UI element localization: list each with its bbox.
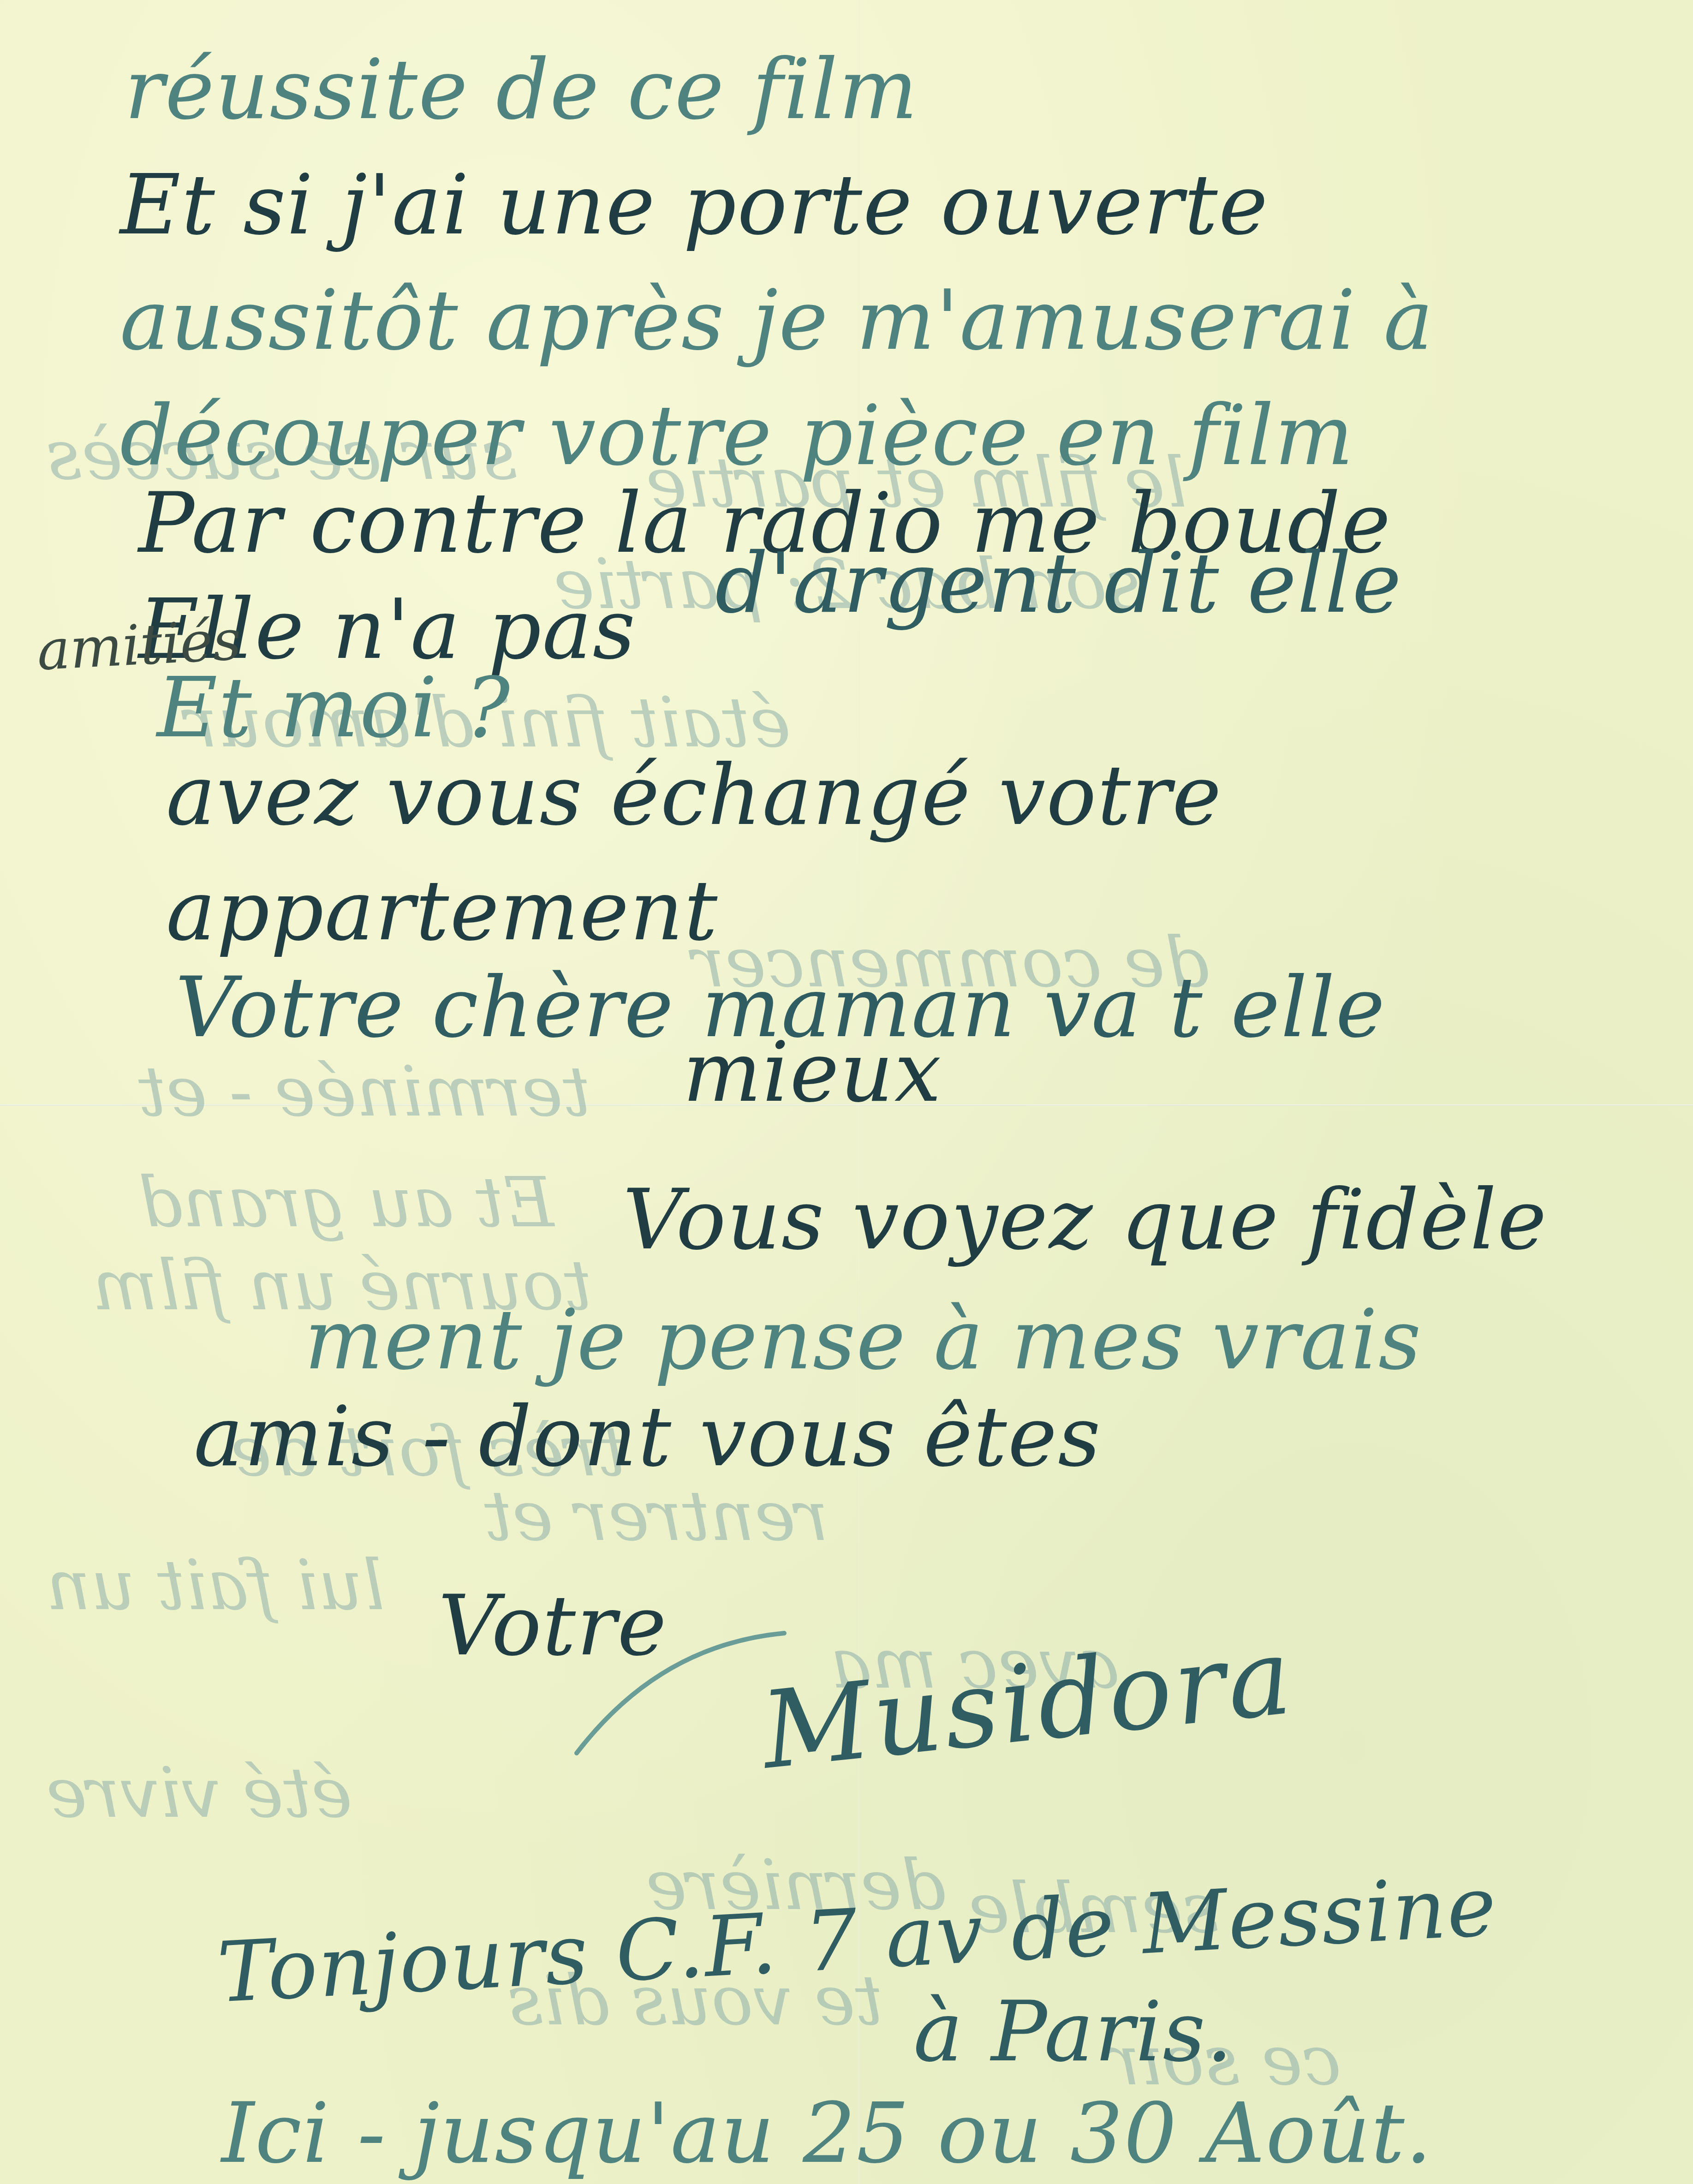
letter-line: mieux [683,1024,942,1121]
letter-line: ment je pense à mes vrais [304,1292,1422,1388]
letter-line: Et si j'ai une porte ouverte [120,157,1269,253]
bleed-through-text: été vivre [46,1753,352,1833]
letter-line: réussite de ce film [125,42,918,138]
letter-line: avez vous échangé votre [166,747,1222,844]
address-line: à Paris. [913,1984,1234,2080]
bleed-through-text: Et au grand [138,1163,554,1243]
letter-line: aussitôt après je m'amuserai à [120,272,1434,369]
bleed-through-text: lui fait un [46,1546,385,1626]
bleed-through-text: rentrer et [484,1476,829,1557]
letter-line: Vous voyez que fidèle [623,1172,1548,1268]
letter-line: Et moi ? [157,660,511,756]
date-line: Ici - jusqu'au 25 ou 30 Août. [221,2085,1433,2182]
bleed-through-text: terminée - et [138,1052,590,1132]
letter-line: découper votre pièce en film [120,388,1354,484]
letter-line: appartement [166,863,718,959]
letter-line: amis - dont vous êtes [194,1389,1102,1485]
signature-flourish-icon [567,1624,890,1762]
letter-line: d'argent dit elle [715,535,1402,632]
